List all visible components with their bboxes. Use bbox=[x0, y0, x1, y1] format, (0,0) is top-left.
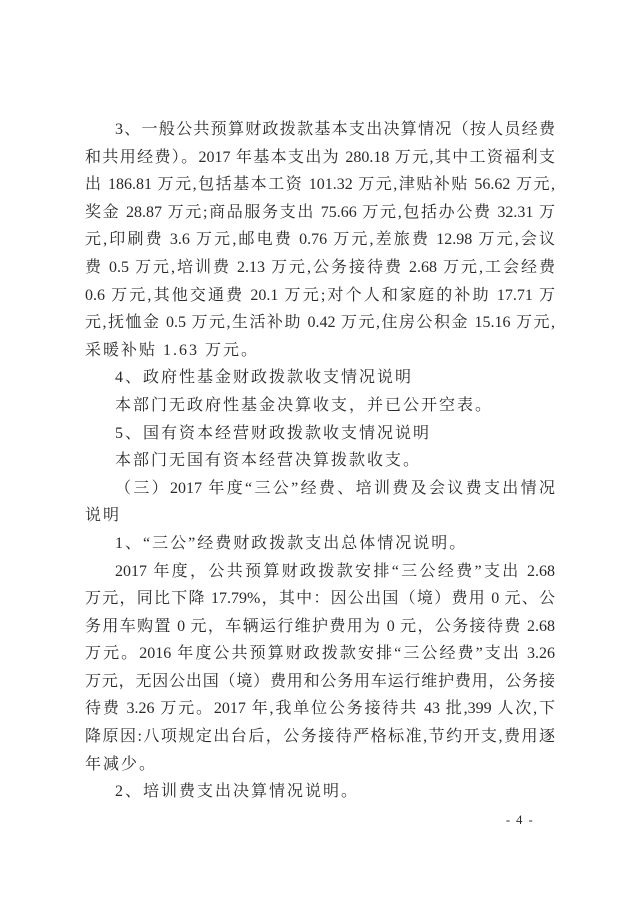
document-text: 3、一般公共预算财政拨款基本支出决算情况（按人员经费和共用经费）。2017 年基… bbox=[85, 116, 555, 806]
text-line: 5、国有资本经营财政拨款收支情况说明 bbox=[85, 420, 555, 448]
text-line: 本部门无国有资本经营决算拨款收支。 bbox=[85, 447, 555, 475]
text-line: 说明 bbox=[85, 502, 555, 530]
text-line: 1、“三公”经费财政拨款支出总体情况说明。 bbox=[85, 530, 555, 558]
text-line: 元,印刷费 3.6 万元,邮电费 0.76 万元,差旅费 12.98 万元,会议 bbox=[85, 226, 555, 254]
text-line: 万元。2016 年度公共预算财政拨款安排“三公经费”支出 3.26 bbox=[85, 640, 555, 668]
text-line: 0.6 万元,其他交通费 20.1 万元;对个人和家庭的补助 17.71 万 bbox=[85, 282, 555, 310]
text-line: 待费 3.26 万元。2017 年,我单位公务接待共 43 批,399 人次,下 bbox=[85, 695, 555, 723]
text-line: 出 186.81 万元,包括基本工资 101.32 万元,津贴补贴 56.62 … bbox=[85, 171, 555, 199]
text-line: 元,抚恤金 0.5 万元,生活补助 0.42 万元,住房公积金 15.16 万元… bbox=[85, 309, 555, 337]
text-line: 万元，无因公出国（境）费用和公务用车运行维护费用，公务接 bbox=[85, 668, 555, 696]
text-line: 本部门无政府性基金决算收支，并已公开空表。 bbox=[85, 392, 555, 420]
text-line: 2、培训费支出决算情况说明。 bbox=[85, 778, 555, 806]
text-line: 2017 年度，公共预算财政拨款安排“三公经费”支出 2.68 bbox=[85, 558, 555, 586]
text-line: 奖金 28.87 万元;商品服务支出 75.66 万元,包括办公费 32.31 … bbox=[85, 199, 555, 227]
text-line: 采暖补贴 1.63 万元。 bbox=[85, 337, 555, 365]
document-page: 3、一般公共预算财政拨款基本支出决算情况（按人员经费和共用经费）。2017 年基… bbox=[0, 0, 636, 900]
text-line: 务用车购置 0 元，车辆运行维护费用为 0 元，公务接待费 2.68 bbox=[85, 613, 555, 641]
text-line: 年减少。 bbox=[85, 751, 555, 779]
text-line: 和共用经费）。2017 年基本支出为 280.18 万元,其中工资福利支 bbox=[85, 144, 555, 172]
text-line: （三）2017 年度“三公”经费、培训费及会议费支出情况 bbox=[85, 475, 555, 503]
text-line: 费 0.5 万元,培训费 2.13 万元,公务接待费 2.68 万元,工会经费 bbox=[85, 254, 555, 282]
text-line: 万元，同比下降 17.79%，其中：因公出国（境）费用 0 元、公 bbox=[85, 585, 555, 613]
text-line: 4、政府性基金财政拨款收支情况说明 bbox=[85, 364, 555, 392]
page-number: - 4 - bbox=[480, 811, 560, 829]
text-line: 降原因:八项规定出台后，公务接待严格标准,节约开支,费用逐 bbox=[85, 723, 555, 751]
text-line: 3、一般公共预算财政拨款基本支出决算情况（按人员经费 bbox=[85, 116, 555, 144]
